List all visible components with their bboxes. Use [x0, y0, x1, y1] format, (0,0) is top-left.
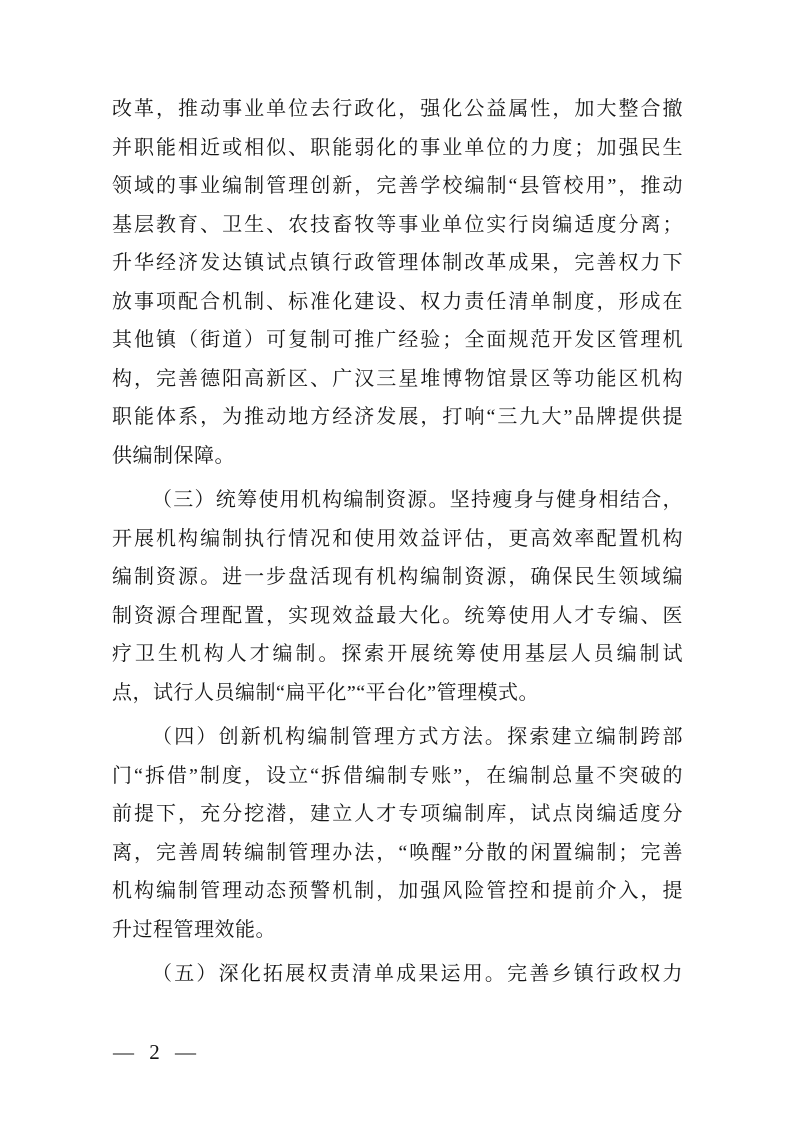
text-line: 放事项配合机制、标准化建设、权力责任清单制度，形成在 — [112, 283, 683, 322]
text-line: 编制资源。进一步盘活现有机构编制资源，确保民生领域编 — [112, 558, 683, 597]
text-line: 并职能相近或相似、职能弱化的事业单位的力度；加强民生 — [112, 129, 683, 168]
text-line: （五）深化拓展权责清单成果运用。完善乡镇行政权力 — [112, 955, 683, 994]
text-line: （三）统筹使用机构编制资源。坚持瘦身与健身相结合， — [112, 481, 683, 520]
text-line: 前提下，充分挖潜，建立人才专项编制库，试点岗编适度分 — [112, 795, 683, 834]
text-line: 门“拆借”制度，设立“拆借编制专账”，在编制总量不突破的 — [112, 757, 683, 796]
text-line: 职能体系，为推动地方经济发展，打响“三九大”品牌提供提 — [112, 398, 683, 437]
text-line: 供编制保障。 — [112, 437, 683, 476]
text-line: 开展机构编制执行情况和使用效益评估，更高效率配置机构 — [112, 520, 683, 559]
document-body: 改革，推动事业单位去行政化，强化公益属性，加大整合撤 并职能相近或相似、职能弱化… — [112, 90, 683, 994]
text-line: 其他镇（街道）可复制可推广经验；全面规范开发区管理机 — [112, 321, 683, 360]
text-line: 机构编制管理动态预警机制，加强风险管控和提前介入，提 — [112, 872, 683, 911]
paragraph-item-5: （五）深化拓展权责清单成果运用。完善乡镇行政权力 — [112, 955, 683, 994]
text-line: （四）创新机构编制管理方式方法。探索建立编制跨部 — [112, 718, 683, 757]
text-line: 离，完善周转编制管理办法，“唤醒”分散的闲置编制；完善 — [112, 834, 683, 873]
text-line: 领域的事业编制管理创新，完善学校编制“县管校用”，推动 — [112, 167, 683, 206]
text-line: 改革，推动事业单位去行政化，强化公益属性，加大整合撤 — [112, 90, 683, 129]
text-line: 点，试行人员编制“扁平化”“平台化”管理模式。 — [112, 674, 683, 713]
page-footer: — 2 — — [113, 1038, 197, 1066]
text-line: 基层教育、卫生、农技畜牧等事业单位实行岗编适度分离； — [112, 206, 683, 245]
page-number: — 2 — — [113, 1040, 197, 1064]
text-line: 升过程管理效能。 — [112, 911, 683, 950]
paragraph-item-3: （三）统筹使用机构编制资源。坚持瘦身与健身相结合， 开展机构编制执行情况和使用效… — [112, 481, 683, 712]
document-page: 改革，推动事业单位去行政化，强化公益属性，加大整合撤 并职能相近或相似、职能弱化… — [0, 0, 793, 1122]
text-line: 升华经济发达镇试点镇行政管理体制改革成果，完善权力下 — [112, 244, 683, 283]
paragraph-item-4: （四）创新机构编制管理方式方法。探索建立编制跨部 门“拆借”制度，设立“拆借编制… — [112, 718, 683, 949]
paragraph-continuation: 改革，推动事业单位去行政化，强化公益属性，加大整合撤 并职能相近或相似、职能弱化… — [112, 90, 683, 475]
text-line: 制资源合理配置，实现效益最大化。统筹使用人才专编、医 — [112, 597, 683, 636]
text-line: 构，完善德阳高新区、广汉三星堆博物馆景区等功能区机构 — [112, 360, 683, 399]
text-line: 疗卫生机构人才编制。探索开展统筹使用基层人员编制试 — [112, 635, 683, 674]
